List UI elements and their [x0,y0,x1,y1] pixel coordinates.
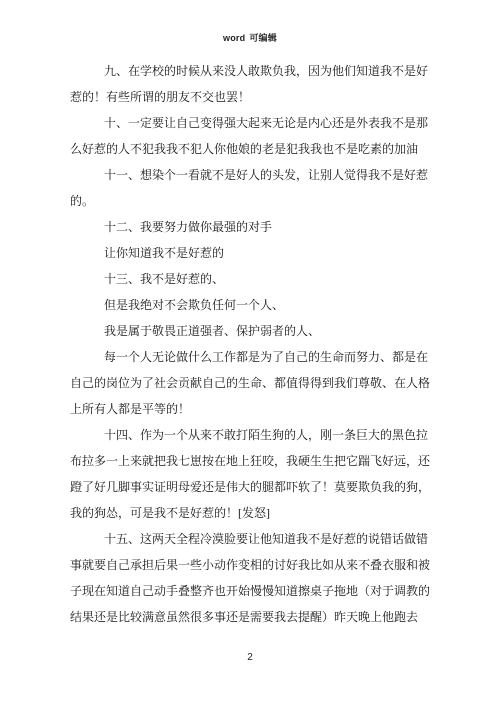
doc-paragraph: 每一个人无论做什么工作都是为了自己的生命而努力、都是在自己的岗位为了社会贡献自己… [70,344,431,422]
doc-paragraph: 让你知道我不是好惹的 [70,240,431,266]
page-header-watermark: word可编辑 [0,31,500,44]
document-body: 九、在学校的时候从来没人敢欺负我，因为他们知道我不是好惹的！有些所谓的朋友不交也… [70,58,431,630]
doc-paragraph: 十一、想染个一看就不是好人的头发，让别人觉得我不是好惹的。 [70,162,431,214]
doc-paragraph: 十四、作为一个从来不敢打陌生狗的人，刚一条巨大的黑色拉布拉多一上来就把我七崽按在… [70,422,431,526]
doc-paragraph: 十、一定要让自己变得强大起来无论是内心还是外表我不是那么好惹的人不犯我我不犯人你… [70,110,431,162]
doc-paragraph: 十三、我不是好惹的、 [70,266,431,292]
doc-paragraph: 十五、这两天全程冷漠脸要让他知道我不是好惹的说错话做错事就要自己承担后果一些小动… [70,526,431,630]
doc-paragraph: 十二、我要努力做你最强的对手 [70,214,431,240]
watermark-editable-label: 可编辑 [249,33,277,43]
doc-paragraph: 九、在学校的时候从来没人敢欺负我，因为他们知道我不是好惹的！有些所谓的朋友不交也… [70,58,431,110]
document-page: word可编辑 九、在学校的时候从来没人敢欺负我，因为他们知道我不是好惹的！有些… [0,0,500,707]
page-number: 2 [0,652,500,663]
doc-paragraph: 但是我绝对不会欺负任何一个人、 [70,292,431,318]
watermark-word: word [223,33,245,43]
doc-paragraph: 我是属于敬畏正道强者、保护弱者的人、 [70,318,431,344]
